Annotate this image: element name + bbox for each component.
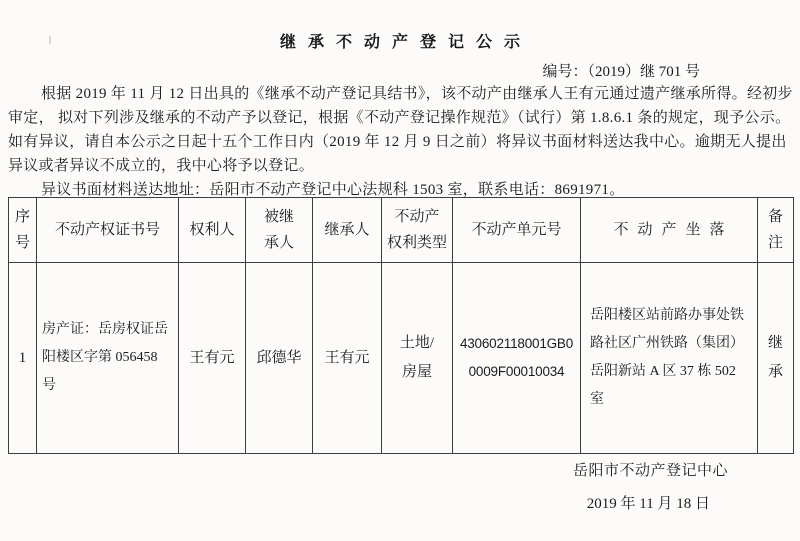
- cell-right-type: 土地/ 房屋: [382, 263, 453, 454]
- col-header-holder: 权利人: [179, 198, 246, 263]
- notice-body: 根据 2019 年 11 月 12 日出具的《继承不动产登记具结书》，该不动产由…: [0, 82, 800, 202]
- cell-heir: 王有元: [313, 263, 382, 454]
- body-line-1: 根据 2019 年 11 月 12 日出具的《继承不动产登记具结书》，该不动产由…: [8, 82, 793, 106]
- scan-artifact: [49, 36, 51, 44]
- col-header-remark: 备 注: [758, 198, 794, 263]
- col-header-seq: 序 号: [9, 198, 37, 263]
- col-header-heir: 继承人: [313, 198, 382, 263]
- issuing-authority: 岳阳市不动产登记中心: [0, 462, 800, 480]
- body-line-3: 如有异议，请自本公示之日起十五个工作日内（2019 年 12 月 9 日之前）将…: [8, 130, 793, 154]
- cell-cert-no: 房产证：岳房权证岳 阳楼区字第 056458 号: [37, 263, 179, 454]
- notice-page: 继承不动产登记公示 编号：（2019）继 701 号 根据 2019 年 11 …: [0, 0, 800, 541]
- cell-holder: 王有元: [179, 263, 246, 454]
- doc-number: 编号：（2019）继 701 号: [0, 62, 800, 82]
- body-line-2: 审定， 拟对下列涉及继承的不动产予以登记，根据《不动产登记操作规范》（试行）第 …: [8, 106, 793, 130]
- cell-location: 岳阳楼区站前路办事处铁 路社区广州铁路（集团） 岳阳新站 A 区 37 栋 50…: [581, 263, 758, 454]
- cell-remark: 继 承: [758, 263, 794, 454]
- col-header-unit-no: 不动产单元号: [453, 198, 581, 263]
- cell-decedent: 邱德华: [246, 263, 313, 454]
- col-header-right-type: 不动产 权利类型: [382, 198, 453, 263]
- table-header-row: 序 号 不动产权证书号 权利人 被继 承人 继承人 不动产 权利类型 不动产单元…: [9, 198, 794, 263]
- body-line-4: 异议或者异议不成立的，我中心将予以登记。: [8, 154, 793, 178]
- property-registration-table: 序 号 不动产权证书号 权利人 被继 承人 继承人 不动产 权利类型 不动产单元…: [8, 197, 794, 454]
- col-header-location: 不动产坐落: [581, 198, 758, 263]
- col-header-cert-no: 不动产权证书号: [37, 198, 179, 263]
- col-header-decedent: 被继 承人: [246, 198, 313, 263]
- table-row: 1 房产证：岳房权证岳 阳楼区字第 056458 号 王有元 邱德华 王有元 土…: [9, 263, 794, 454]
- cell-seq: 1: [9, 263, 37, 454]
- page-title: 继承不动产登记公示: [0, 0, 800, 53]
- issue-date: 2019 年 11 月 18 日: [0, 495, 800, 513]
- cell-unit-no: 430602118001GB0 0009F00010034: [453, 263, 581, 454]
